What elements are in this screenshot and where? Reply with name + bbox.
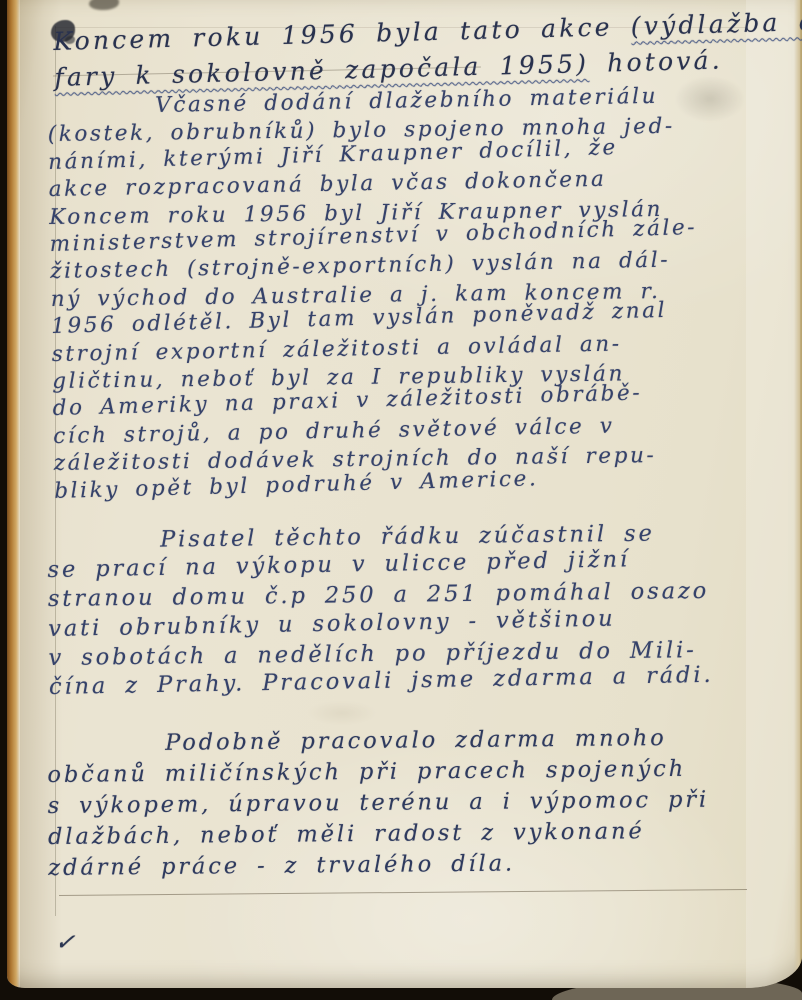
- underlined-segment: (výdlažba od: [630, 7, 802, 41]
- manuscript-line: zdárné práce - z trvalého díla.: [48, 847, 710, 884]
- margin-check-mark: ✓: [54, 927, 76, 956]
- closing-rule: [59, 889, 747, 896]
- paper-stain: [307, 700, 377, 726]
- paragraph-writer: Pisatel těchto řádku zúčastnil se se pra…: [47, 519, 714, 702]
- line-segment: hotová.: [589, 45, 723, 77]
- paragraph-citizens: Podobně pracovalo zdarma mnoho občanů mi…: [47, 723, 710, 884]
- manuscript-page: Koncem roku 1956 byla tato akce (výdlažb…: [7, 0, 802, 988]
- right-margin: [746, 0, 800, 988]
- photo-of-manuscript: { "colors": { "paper": "#e9e3d0", "ink":…: [0, 0, 802, 1000]
- page-left-edge: [7, 0, 20, 988]
- paragraph-kraupner: Včasné dodání dlažebního materiálu (kost…: [47, 82, 702, 505]
- ink-smudge: [89, 0, 119, 10]
- manuscript-line: dlažbách, neboť měli radost z vykonané: [48, 816, 710, 853]
